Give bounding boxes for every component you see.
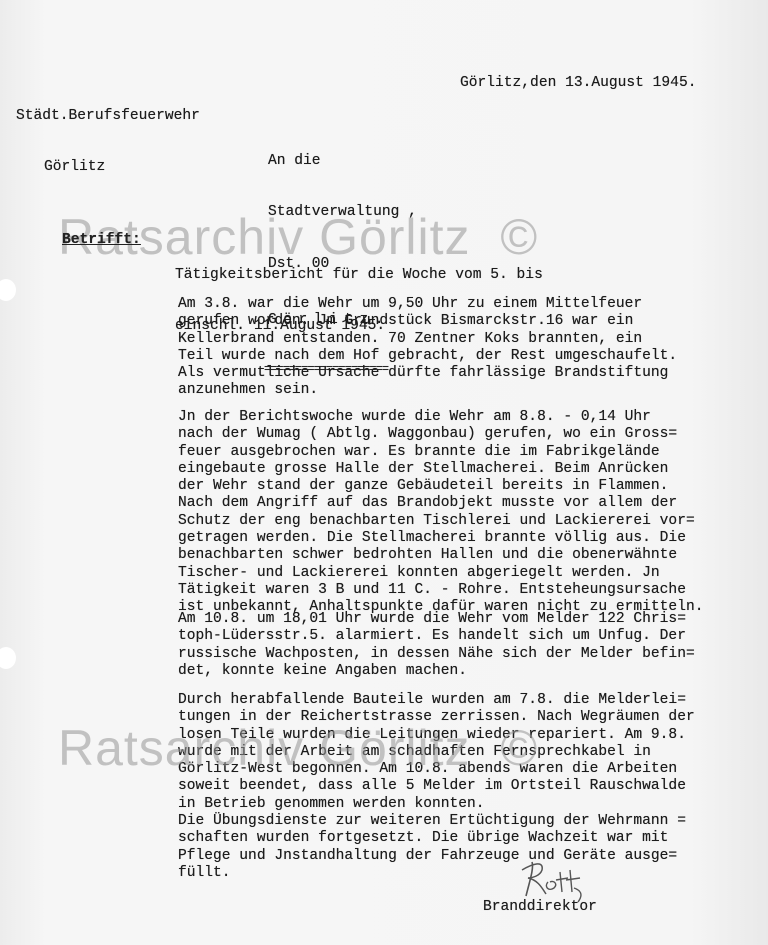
text-line: gerufen worden. Jm Grundstück Bismarckst… bbox=[178, 313, 677, 330]
recipient-line: Stadtverwaltung , bbox=[268, 204, 417, 221]
text-line: wurde mit der Arbeit am schadhaften Fern… bbox=[178, 744, 695, 761]
text-line: tungen in der Reichertstrasse zerrissen.… bbox=[178, 709, 695, 726]
recipient-line: An die bbox=[268, 153, 417, 170]
subject-label: Betrifft: bbox=[62, 232, 141, 249]
sender-organization: Städt.Berufsfeuerwehr bbox=[16, 108, 200, 125]
text-line: benachbarten schwer bedrohten Hallen und… bbox=[178, 547, 703, 564]
text-line: Nach dem Angriff auf das Brandobjekt mus… bbox=[178, 495, 703, 512]
punch-hole bbox=[0, 279, 16, 301]
text-line: der Wehr stand der ganze Gebäudeteil ber… bbox=[178, 478, 703, 495]
text-line: anzunehmen sein. bbox=[178, 382, 677, 399]
signatory-title: Branddirektor bbox=[483, 899, 597, 916]
text-line: Die Übungsdienste zur weiteren Ertüchtig… bbox=[178, 813, 695, 830]
text-line: russische Wachposten, in dessen Nähe sic… bbox=[178, 646, 695, 663]
text-line: Tischer- und Lackiererei konnten abgerie… bbox=[178, 565, 703, 582]
text-line: soweit beendet, dass alle 5 Melder im Or… bbox=[178, 778, 695, 795]
sender-block: Städt.Berufsfeuerwehr Görlitz bbox=[16, 73, 200, 211]
text-line: toph-Lüdersstr.5. alarmiert. Es handelt … bbox=[178, 628, 695, 645]
text-line: det, konnte keine Angaben machen. bbox=[178, 663, 695, 680]
text-line: schaften wurden fortgesetzt. Die übrige … bbox=[178, 830, 695, 847]
text-line: Kellerbrand entstanden. 70 Zentner Koks … bbox=[178, 331, 677, 348]
paragraph-fire-bismarckstrasse: Am 3.8. war die Wehr um 9,50 Uhr zu eine… bbox=[178, 296, 677, 400]
text-line: Am 10.8. um 18,01 Uhr wurde die Wehr vom… bbox=[178, 611, 695, 628]
text-line: Schutz der eng benachbarten Tischlerei u… bbox=[178, 513, 703, 530]
text-line: Jn der Berichtswoche wurde die Wehr am 8… bbox=[178, 409, 703, 426]
subject-line: Tätigkeitsbericht für die Woche vom 5. b… bbox=[175, 267, 543, 284]
text-line: Pflege und Jnstandhaltung der Fahrzeuge … bbox=[178, 848, 695, 865]
paragraph-fire-wumag: Jn der Berichtswoche wurde die Wehr am 8… bbox=[178, 409, 703, 617]
text-line: nach der Wumag ( Abtlg. Waggonbau) geruf… bbox=[178, 426, 703, 443]
handwritten-signature bbox=[518, 858, 590, 904]
paragraph-repairs-training: Durch herabfallende Bauteile wurden am 7… bbox=[178, 692, 695, 882]
text-line: Als vermutliche Ursache dürfte fahrlässi… bbox=[178, 365, 677, 382]
text-line: feuer ausgebrochen war. Es brannte die i… bbox=[178, 444, 703, 461]
text-line: Teil wurde nach dem Hof gebracht, der Re… bbox=[178, 348, 677, 365]
text-line: Tätigkeit waren 3 B und 11 C. - Rohre. E… bbox=[178, 582, 703, 599]
text-line: in Betrieb genommen werden konnten. bbox=[178, 796, 695, 813]
punch-hole bbox=[0, 647, 16, 669]
paragraph-false-alarm: Am 10.8. um 18,01 Uhr wurde die Wehr vom… bbox=[178, 611, 695, 680]
text-line: Görlitz-West begonnen. Am 10.8. abends w… bbox=[178, 761, 695, 778]
text-line: Durch herabfallende Bauteile wurden am 7… bbox=[178, 692, 695, 709]
text-line: losen Teile wurden die Leitungen wieder … bbox=[178, 727, 695, 744]
sender-city: Görlitz bbox=[16, 159, 200, 176]
document-page: Städt.Berufsfeuerwehr Görlitz Görlitz,de… bbox=[0, 0, 768, 945]
text-line: getragen werden. Die Stellmacherei brann… bbox=[178, 530, 703, 547]
text-line: Am 3.8. war die Wehr um 9,50 Uhr zu eine… bbox=[178, 296, 677, 313]
text-line: füllt. bbox=[178, 865, 695, 882]
dateline: Görlitz,den 13.August 1945. bbox=[460, 75, 696, 92]
text-line: eingebaute grosse Halle der Stellmachere… bbox=[178, 461, 703, 478]
